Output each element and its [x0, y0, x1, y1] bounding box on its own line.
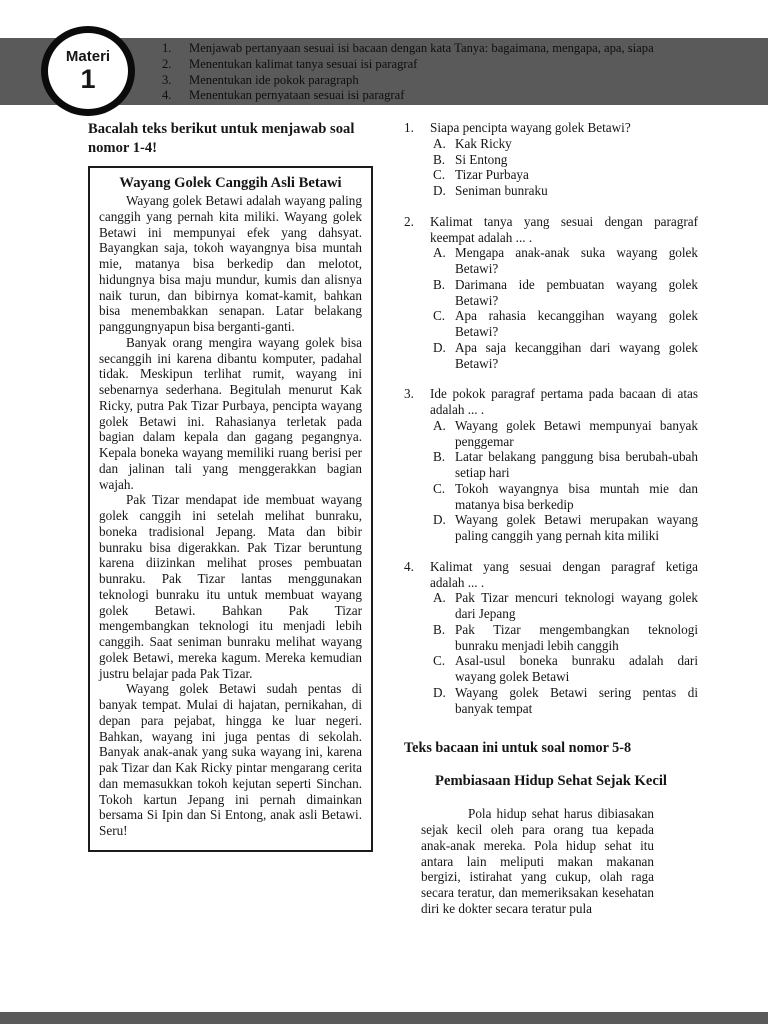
badge-number: 1 — [80, 65, 95, 94]
option-label: A. — [433, 136, 455, 152]
option-text: Mengapa anak-anak suka wayang golek Beta… — [455, 245, 698, 277]
option-label: A. — [433, 590, 455, 622]
left-column: Bacalah teks berikut untuk menjawab soal… — [88, 120, 373, 852]
option-text: Latar belakang panggung bisa berubah-uba… — [455, 449, 698, 481]
option-label: B. — [433, 277, 455, 309]
objective-text: Menentukan ide pokok paragraph — [189, 73, 752, 89]
objective-number: 1. — [162, 41, 189, 57]
option-text: Darimana ide pembuatan wayang golek Beta… — [455, 277, 698, 309]
option-label: C. — [433, 167, 455, 183]
option-text: Pak Tizar mencuri teknologi wayang golek… — [455, 590, 698, 622]
reading-instruction: Bacalah teks berikut untuk menjawab soal… — [88, 120, 373, 157]
option-label: C. — [433, 653, 455, 685]
question-number: 2. — [404, 214, 430, 372]
option-text: Kak Ricky — [455, 136, 698, 152]
option-text: Tizar Purbaya — [455, 167, 698, 183]
objective-number: 3. — [162, 73, 189, 89]
option-label: B. — [433, 622, 455, 654]
option-text: Seniman bunraku — [455, 183, 698, 199]
objective-item: 2. Menentukan kalimat tanya sesuai isi p… — [162, 57, 752, 73]
option-label: C. — [433, 308, 455, 340]
footer-band — [0, 1012, 768, 1024]
answer-option: C. Asal-usul boneka bunraku adalah dari … — [433, 653, 698, 685]
question-text: Kalimat yang sesuai dengan paragraf keti… — [430, 559, 698, 591]
answer-option: B. Darimana ide pembuatan wayang golek B… — [433, 277, 698, 309]
reading2-paragraph: Pola hidup sehat harus dibiasakan sejak … — [421, 806, 654, 916]
option-label: A. — [433, 245, 455, 277]
answer-option: D. Wayang golek Betawi merupakan wayang … — [433, 512, 698, 544]
option-text: Apa rahasia kecanggihan wayang golek Bet… — [455, 308, 698, 340]
objective-item: 4. Menentukan pernyataan sesuai isi para… — [162, 88, 752, 104]
question-1: 1. Siapa pencipta wayang golek Betawi? A… — [404, 120, 698, 199]
option-label: B. — [433, 449, 455, 481]
option-text: Wayang golek Betawi sering pentas di ban… — [455, 685, 698, 717]
option-label: D. — [433, 512, 455, 544]
answer-option: B. Si Entong — [433, 152, 698, 168]
objective-text: Menjawab pertanyaan sesuai isi bacaan de… — [189, 41, 752, 57]
question-body: Ide pokok paragraf pertama pada bacaan d… — [430, 386, 698, 544]
option-text: Wayang golek Betawi mempunyai banyak pen… — [455, 418, 698, 450]
section-note: Teks bacaan ini untuk soal nomor 5-8 — [404, 740, 698, 757]
question-body: Kalimat tanya yang sesuai dengan paragra… — [430, 214, 698, 372]
answer-option: A. Pak Tizar mencuri teknologi wayang go… — [433, 590, 698, 622]
objective-number: 4. — [162, 88, 189, 104]
right-column: 1. Siapa pencipta wayang golek Betawi? A… — [404, 120, 698, 917]
question-3: 3. Ide pokok paragraf pertama pada bacaa… — [404, 386, 698, 544]
question-number: 4. — [404, 559, 430, 717]
option-text: Tokoh wayangnya bisa muntah mie dan mata… — [455, 481, 698, 513]
answer-option: B. Latar belakang panggung bisa berubah-… — [433, 449, 698, 481]
option-label: A. — [433, 418, 455, 450]
answer-option: D. Apa saja kecanggihan dari wayang gole… — [433, 340, 698, 372]
reading-paragraph: Pak Tizar mendapat ide membuat wayang go… — [99, 492, 362, 681]
reading-title: Wayang Golek Canggih Asli Betawi — [99, 175, 362, 192]
option-text: Wayang golek Betawi merupakan wayang pal… — [455, 512, 698, 544]
reading-paragraph: Wayang golek Betawi sudah pentas di bany… — [99, 681, 362, 839]
answer-option: C. Tizar Purbaya — [433, 167, 698, 183]
question-number: 3. — [404, 386, 430, 544]
objective-text: Menentukan kalimat tanya sesuai isi para… — [189, 57, 752, 73]
badge-label: Materi — [66, 48, 110, 65]
answer-option: D. Seniman bunraku — [433, 183, 698, 199]
question-2: 2. Kalimat tanya yang sesuai dengan para… — [404, 214, 698, 372]
objective-item: 1. Menjawab pertanyaan sesuai isi bacaan… — [162, 41, 752, 57]
reading2-title: Pembiasaan Hidup Sehat Sejak Kecil — [431, 772, 671, 791]
option-label: D. — [433, 340, 455, 372]
reading-paragraph: Banyak orang mengira wayang golek bisa s… — [99, 335, 362, 493]
reading-box: Wayang Golek Canggih Asli Betawi Wayang … — [88, 166, 373, 852]
answer-option: A. Kak Ricky — [433, 136, 698, 152]
option-label: C. — [433, 481, 455, 513]
objective-item: 3. Menentukan ide pokok paragraph — [162, 73, 752, 89]
answer-option: B. Pak Tizar mengembangkan teknologi bun… — [433, 622, 698, 654]
answer-option: D. Wayang golek Betawi sering pentas di … — [433, 685, 698, 717]
answer-option: C. Tokoh wayangnya bisa muntah mie dan m… — [433, 481, 698, 513]
answer-option: C. Apa rahasia kecanggihan wayang golek … — [433, 308, 698, 340]
question-4: 4. Kalimat yang sesuai dengan paragraf k… — [404, 559, 698, 717]
objective-number: 2. — [162, 57, 189, 73]
question-number: 1. — [404, 120, 430, 199]
question-text: Siapa pencipta wayang golek Betawi? — [430, 120, 698, 136]
materi-badge: Materi 1 — [41, 26, 135, 116]
option-text: Pak Tizar mengembangkan teknologi bunrak… — [455, 622, 698, 654]
option-text: Asal-usul boneka bunraku adalah dari way… — [455, 653, 698, 685]
option-label: B. — [433, 152, 455, 168]
question-text: Kalimat tanya yang sesuai dengan paragra… — [430, 214, 698, 246]
option-text: Si Entong — [455, 152, 698, 168]
option-label: D. — [433, 183, 455, 199]
option-label: D. — [433, 685, 455, 717]
objective-text: Menentukan pernyataan sesuai isi paragra… — [189, 88, 752, 104]
answer-option: A. Mengapa anak-anak suka wayang golek B… — [433, 245, 698, 277]
question-body: Siapa pencipta wayang golek Betawi? A. K… — [430, 120, 698, 199]
objectives-list: 1. Menjawab pertanyaan sesuai isi bacaan… — [162, 41, 752, 104]
answer-option: A. Wayang golek Betawi mempunyai banyak … — [433, 418, 698, 450]
question-body: Kalimat yang sesuai dengan paragraf keti… — [430, 559, 698, 717]
question-text: Ide pokok paragraf pertama pada bacaan d… — [430, 386, 698, 418]
option-text: Apa saja kecanggihan dari wayang golek B… — [455, 340, 698, 372]
reading-paragraph: Wayang golek Betawi adalah wayang paling… — [99, 193, 362, 335]
